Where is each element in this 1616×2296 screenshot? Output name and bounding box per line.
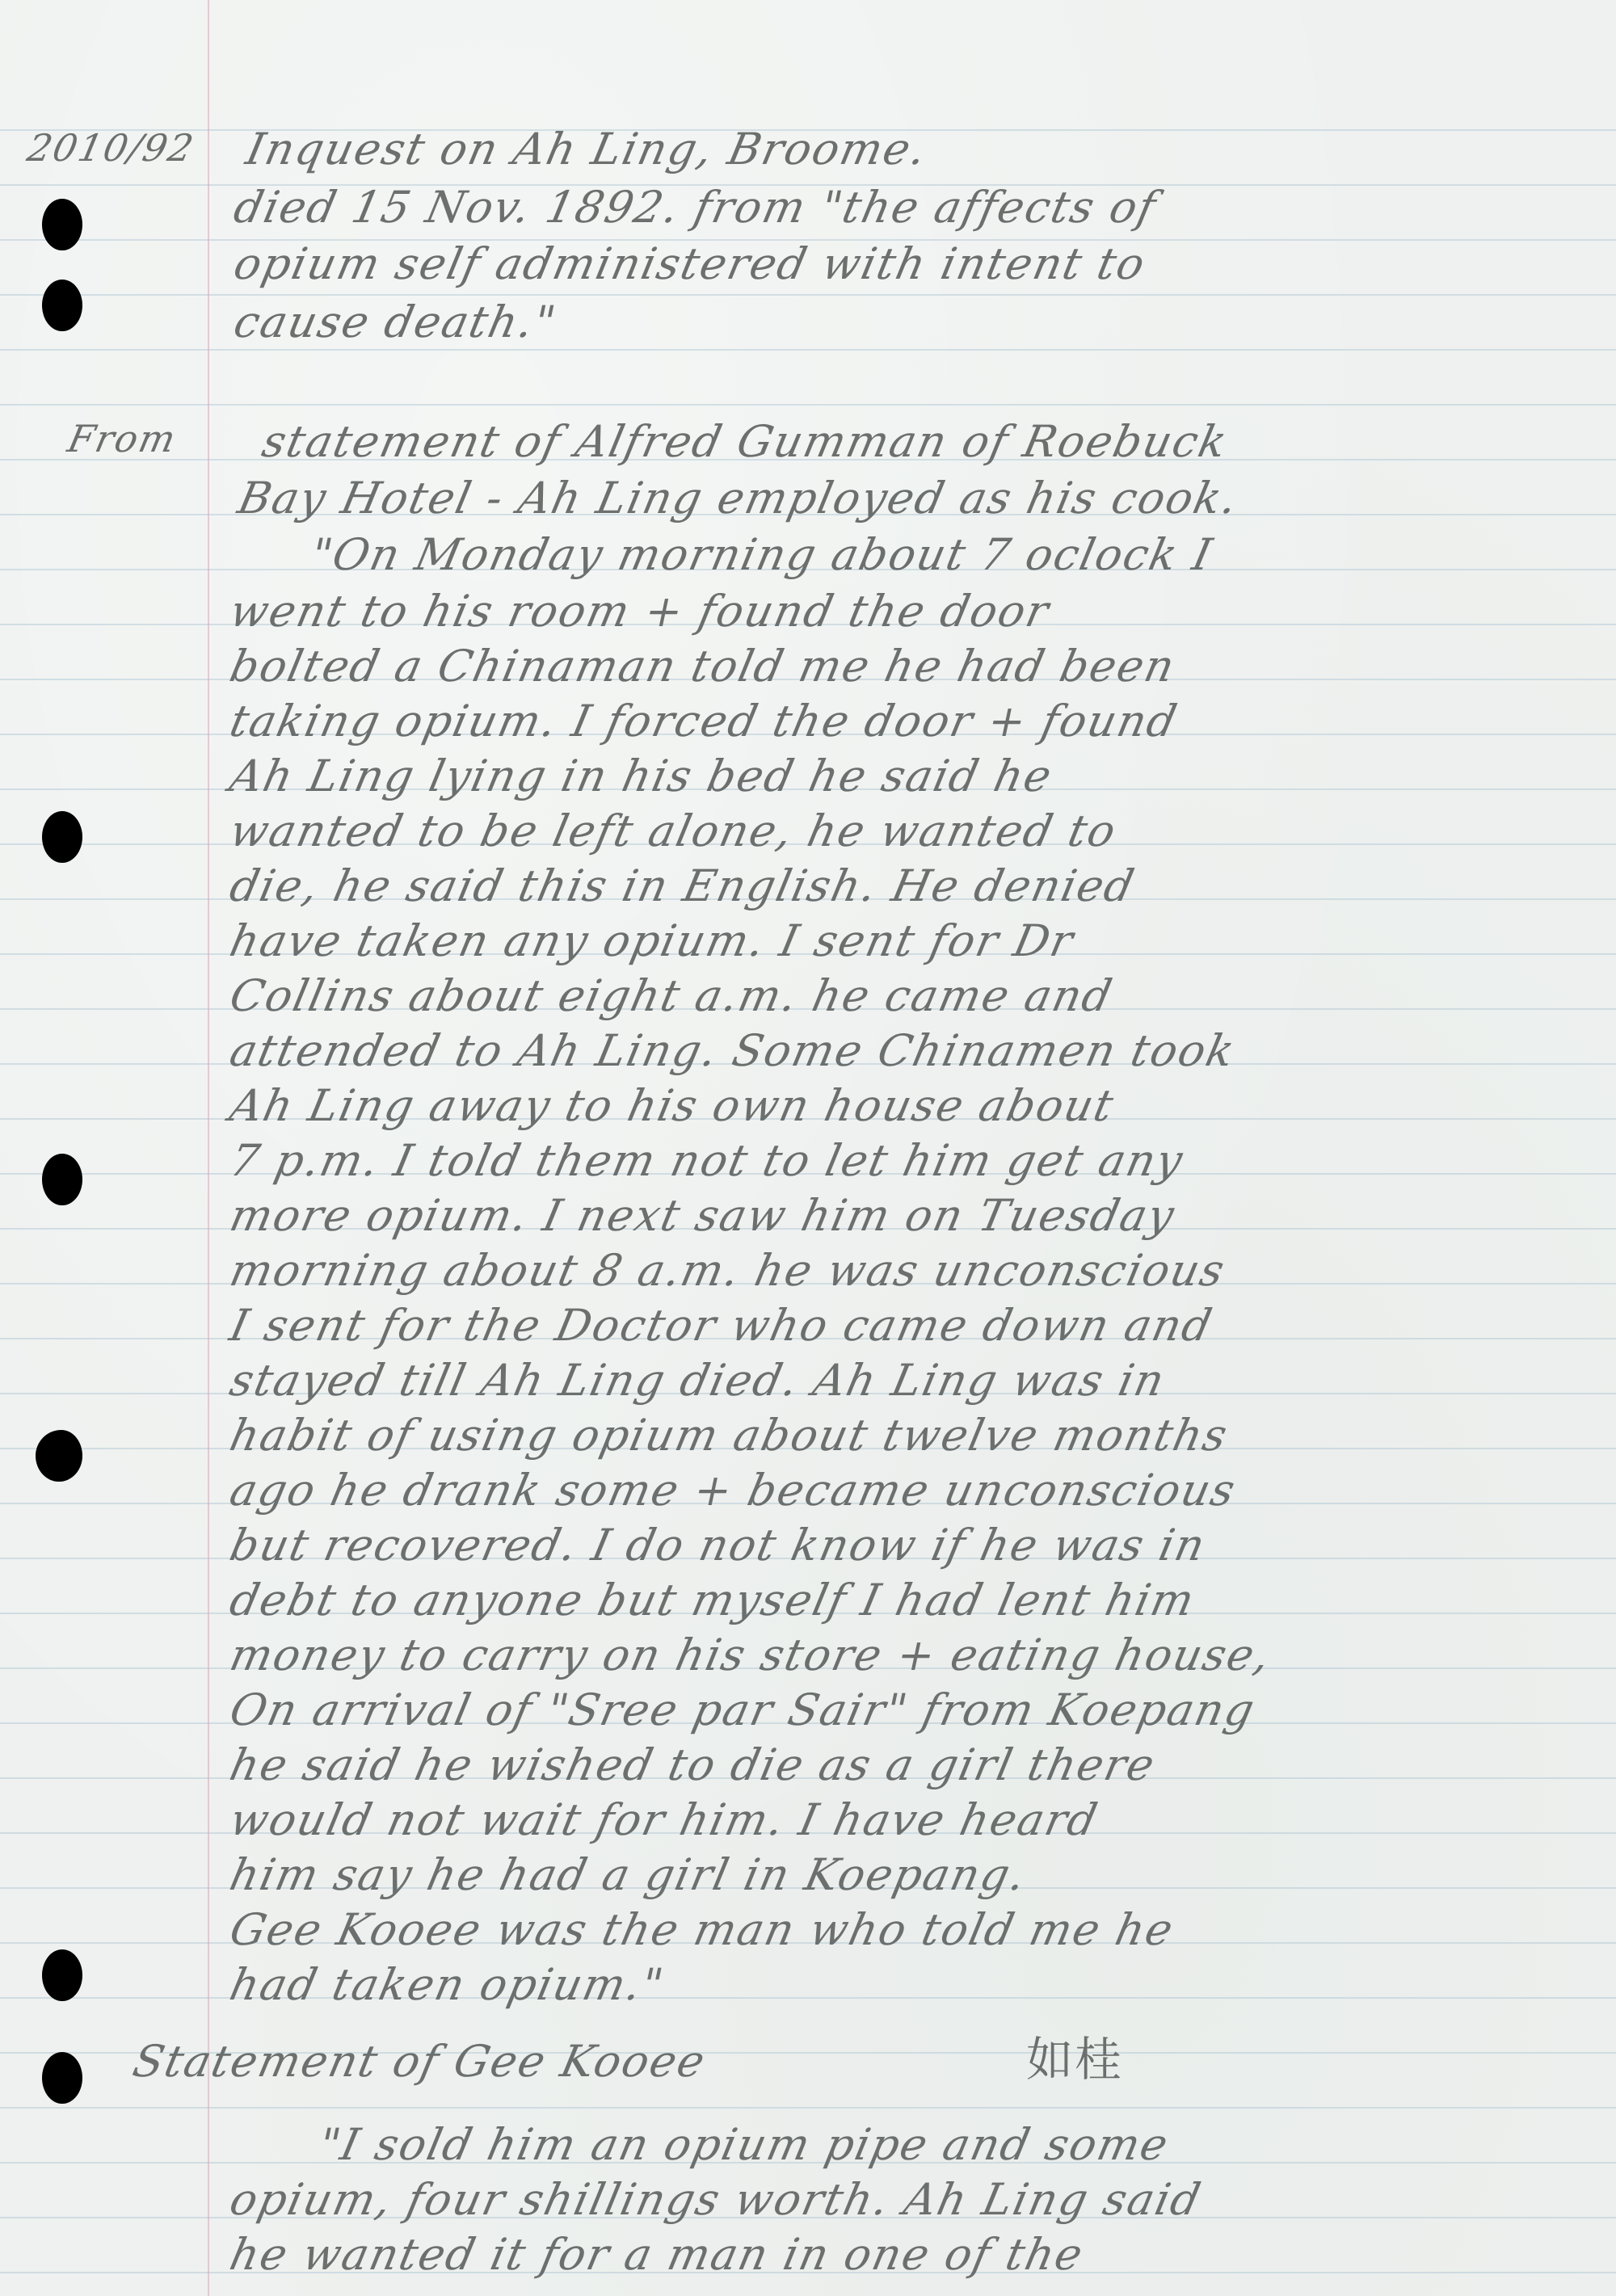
punch-hole-icon xyxy=(42,811,82,863)
statement-line: die, he said this in English. He denied xyxy=(226,864,1139,908)
punch-hole-icon xyxy=(42,280,82,331)
statement-line: morning about 8 a.m. he was unconscious xyxy=(226,1249,1229,1293)
punch-hole-icon xyxy=(42,1949,82,2001)
statement-line: but recovered. I do not know if he was i… xyxy=(226,1524,1210,1567)
statement-line: bolted a Chinaman told me he had been xyxy=(226,645,1180,688)
statement-intro-line: Bay Hotel - Ah Ling employed as his cook… xyxy=(234,477,1243,520)
statement-intro-line: statement of Alfred Gumman of Roebuck xyxy=(259,420,1232,464)
statement-line: opium, four shillings worth. Ah Ling sai… xyxy=(226,2178,1206,2222)
statement-line: stayed till Ah Ling died. Ah Ling was in xyxy=(226,1359,1169,1402)
document-title: Inquest on Ah Ling, Broome. xyxy=(242,128,932,171)
statement-line: I sent for the Doctor who came down and xyxy=(226,1304,1217,1348)
statement-line: taking opium. I forced the door + found xyxy=(226,700,1181,743)
statement-line: money to carry on his store + eating hou… xyxy=(226,1634,1275,1677)
punch-hole-icon xyxy=(42,199,82,250)
heading-line: cause death." xyxy=(230,301,561,344)
chinese-name: 如桂 xyxy=(1026,2036,1123,2083)
punch-hole-icon xyxy=(42,2052,82,2104)
punch-hole-icon xyxy=(42,1154,82,1205)
statement-line: Gee Kooee was the man who told me he xyxy=(226,1908,1178,1952)
heading-line: died 15 Nov. 1892. from "the affects of xyxy=(230,186,1160,229)
statement-line: attended to Ah Ling. Some Chinamen took xyxy=(226,1029,1239,1073)
statement-line: "I sold him an opium pipe and some xyxy=(315,2123,1173,2167)
statement-line: he wanted it for a man in one of the xyxy=(226,2233,1088,2277)
statement-line: "On Monday morning about 7 oclock I xyxy=(307,533,1217,577)
heading-line: opium self administered with intent to xyxy=(230,242,1150,286)
statement-line: went to his room + found the door xyxy=(226,590,1054,633)
statement-line: habit of using opium about twelve months xyxy=(226,1414,1232,1457)
statement-line: would not wait for him. I have heard xyxy=(226,1798,1102,1842)
statement-line: had taken opium." xyxy=(226,1963,668,2007)
statement-line: wanted to be left alone, he wanted to xyxy=(226,809,1121,853)
statement-line: 7 p.m. I told them not to let him get an… xyxy=(226,1139,1188,1183)
statement-line: Collins about eight a.m. he came and xyxy=(226,974,1117,1018)
statement-line: On arrival of "Sree par Sair" from Koepa… xyxy=(226,1688,1259,1732)
statement-line: have taken any opium. I sent for Dr xyxy=(226,919,1078,963)
punch-hole-icon xyxy=(36,1430,82,1482)
statement-line: ago he drank some + became unconscious xyxy=(226,1469,1240,1512)
reference-number: 2010/92 xyxy=(24,129,198,166)
statement-line: he said he wished to die as a girl there xyxy=(226,1743,1159,1787)
margin-from-label: From xyxy=(65,420,180,457)
statement-line: debt to anyone but myself I had lent him xyxy=(226,1579,1199,1622)
statement-line: more opium. I next saw him on Tuesday xyxy=(226,1194,1179,1238)
statement-line: him say he had a girl in Koepang. xyxy=(226,1853,1030,1897)
statement-line: Ah Ling away to his own house about xyxy=(226,1084,1118,1128)
statement-line: Ah Ling lying in his bed he said he xyxy=(226,755,1057,798)
margin-line xyxy=(208,0,209,2296)
statement-heading: Statement of Gee Kooee xyxy=(129,2040,710,2084)
